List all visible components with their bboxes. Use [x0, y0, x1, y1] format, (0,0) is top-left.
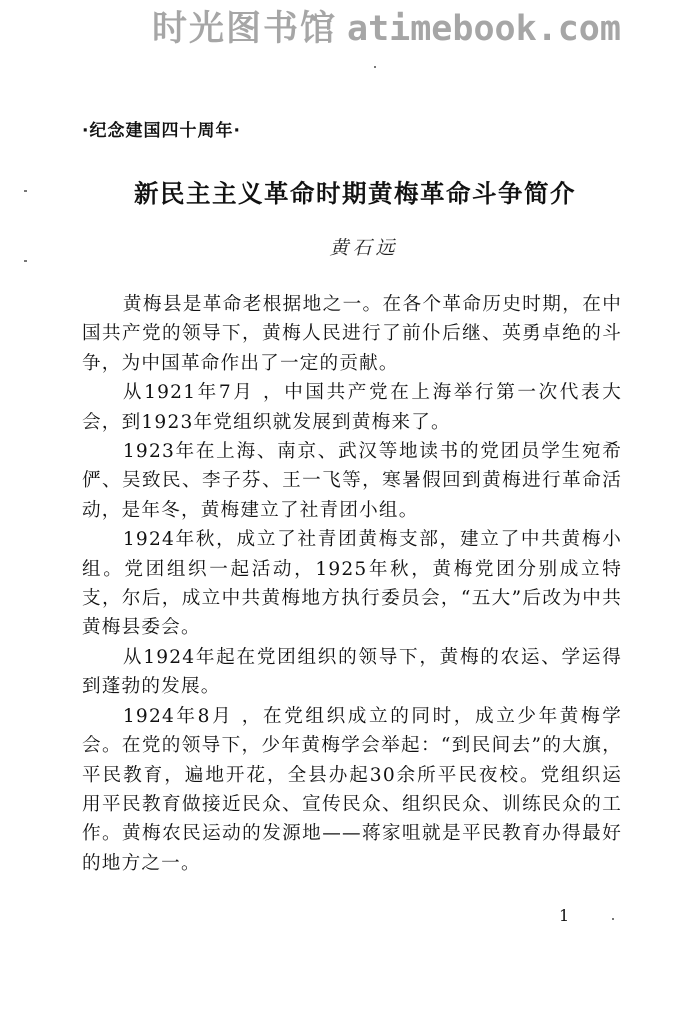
scan-speck [24, 190, 27, 192]
watermark: 时光图书馆atimebook.com [152, 8, 621, 50]
scan-speck [374, 66, 376, 68]
paragraph: 1924年8月 ，在党组织成立的同时，成立少年黄梅学会。在党的领导下，少年黄梅学… [82, 702, 622, 878]
scan-speck [24, 260, 27, 262]
watermark-site-name: 时光图书馆 [152, 9, 337, 49]
column-tag: ·纪念建国四十周年· [82, 116, 241, 141]
page-number: 1 [559, 906, 569, 925]
watermark-url: atimebook.com [347, 9, 621, 49]
paragraph: 1923年在上海、南京、武汉等地读书的党团员学生宛希俨、吴致民、李子芬、王一飞等… [82, 437, 622, 525]
paragraph: 从1921年7月 ，中国共产党在上海举行第一次代表大会，到1923年党组织就发展… [82, 378, 622, 437]
paragraph: 从1924年起在党团组织的领导下，黄梅的农运、学运得到蓬勃的发展。 [82, 643, 622, 702]
article-title: 新民主主义革命时期黄梅革命斗争简介 [0, 175, 698, 210]
article-body: 黄梅县是革命老根据地之一。在各个革命历史时期，在中国共产党的领导下，黄梅人民进行… [82, 290, 622, 878]
scan-speck [612, 918, 614, 920]
paragraph: 1924年秋，成立了社青团黄梅支部，建立了中共黄梅小组。党团组织一起活动，192… [82, 525, 622, 643]
paragraph: 黄梅县是革命老根据地之一。在各个革命历史时期，在中国共产党的领导下，黄梅人民进行… [82, 290, 622, 378]
article-author: 黄石远 [0, 233, 698, 260]
